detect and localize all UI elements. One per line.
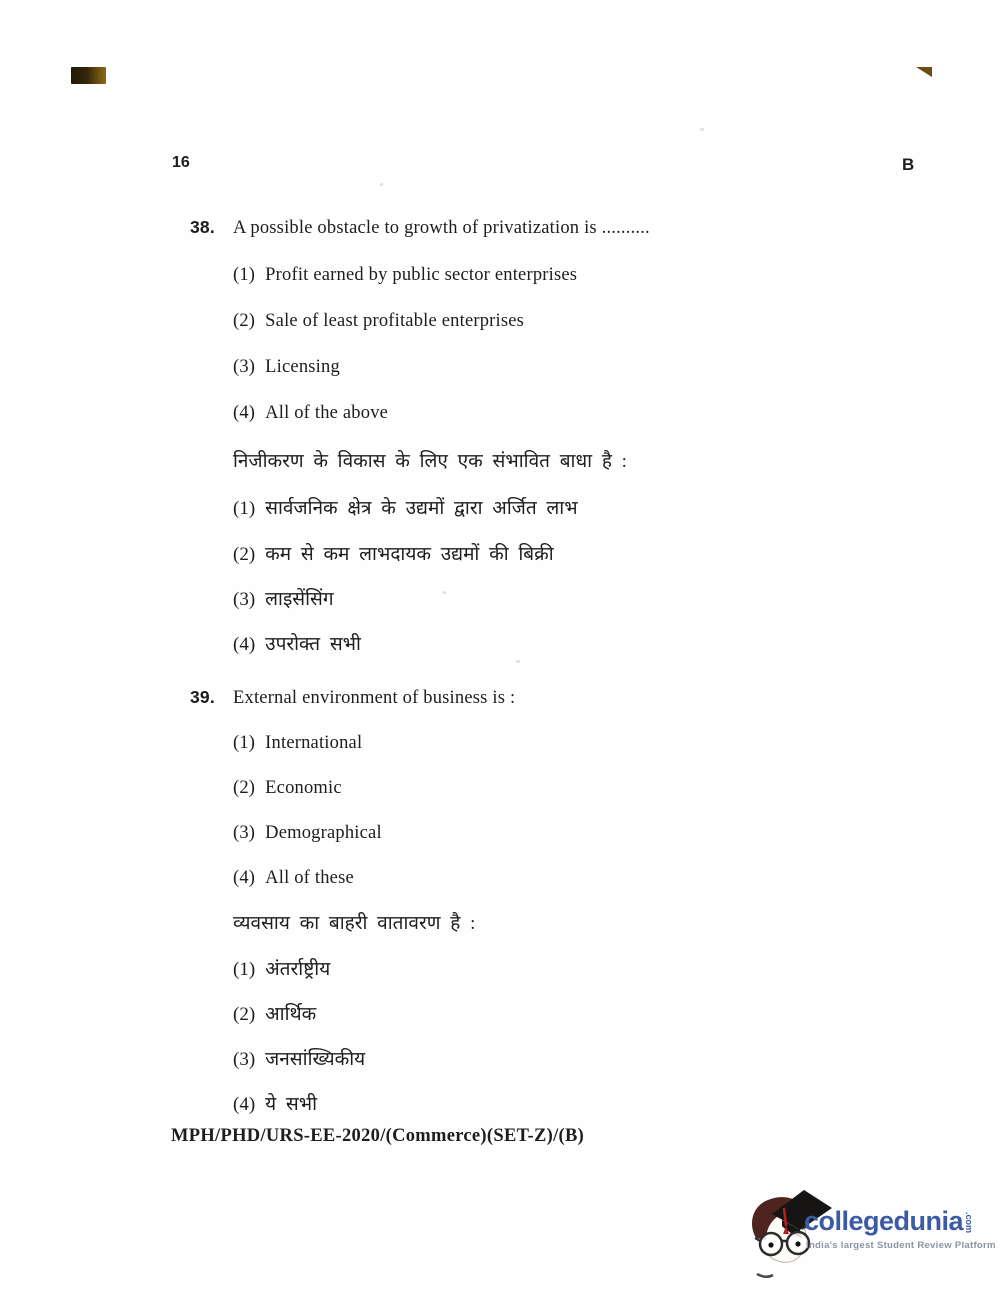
question-39-option-4-hi: (4)ये सभी: [233, 1090, 317, 1116]
scan-speck: [443, 591, 446, 594]
question-38-heading: 38.A possible obstacle to growth of priv…: [190, 217, 650, 239]
question-39-option-2-hi: (2)आर्थिक: [233, 1000, 316, 1026]
question-38-option-4-hi: (4)उपरोक्त सभी: [233, 630, 361, 656]
option-label: (3): [233, 823, 255, 844]
option-label: (2): [233, 544, 255, 566]
option-text: All of the above: [265, 403, 388, 423]
question-39-option-4-en: (4)All of these: [233, 868, 354, 889]
question-39-heading: 39.External environment of business is :: [190, 687, 515, 709]
question-39-text-en: External environment of business is :: [233, 688, 515, 708]
option-text: अंतर्राष्ट्रीय: [265, 959, 330, 980]
question-38-option-1-hi: (1)सार्वजनिक क्षेत्र के उद्यमों द्वारा अ…: [233, 494, 578, 520]
question-39-text-hi: व्यवसाय का बाहरी वातावरण है :: [233, 909, 475, 935]
question-38-option-3-en: (3)Licensing: [233, 357, 340, 378]
option-text: ये सभी: [265, 1094, 317, 1115]
collegedunia-tagline: India's largest Student Review Platform: [806, 1240, 996, 1251]
question-39-option-3-en: (3)Demographical: [233, 823, 382, 844]
collegedunia-watermark: collegedunia .com India's largest Studen…: [742, 1186, 997, 1291]
option-text: International: [265, 733, 362, 753]
option-label: (3): [233, 589, 255, 611]
option-text: लाइसेंसिंग: [265, 589, 333, 610]
question-39-option-1-hi: (1)अंतर्राष्ट्रीय: [233, 955, 330, 981]
question-38-option-2-en: (2)Sale of least profitable enterprises: [233, 311, 524, 332]
option-text: जनसांख्यिकीय: [265, 1049, 365, 1070]
question-38-option-4-en: (4)All of the above: [233, 403, 388, 424]
scan-speck: [380, 183, 383, 186]
page-number: 16: [172, 154, 190, 172]
question-38-option-2-hi: (2)कम से कम लाभदायक उद्यमों की बिक्री: [233, 540, 554, 566]
option-text: आर्थिक: [265, 1004, 316, 1025]
option-label: (3): [233, 357, 255, 378]
option-label: (1): [233, 733, 255, 754]
question-39-number: 39.: [190, 687, 233, 708]
option-label: (1): [233, 498, 255, 520]
question-39-option-2-en: (2)Economic: [233, 778, 342, 799]
scan-speck: [700, 128, 704, 131]
option-text: कम से कम लाभदायक उद्यमों की बिक्री: [265, 544, 554, 565]
option-text: Licensing: [265, 357, 340, 377]
option-text: सार्वजनिक क्षेत्र के उद्यमों द्वारा अर्ज…: [265, 498, 577, 519]
option-text: उपरोक्त सभी: [265, 634, 361, 655]
question-38-text-en: A possible obstacle to growth of privati…: [233, 218, 650, 238]
option-label: (4): [233, 1094, 255, 1116]
question-38-option-1-en: (1)Profit earned by public sector enterp…: [233, 265, 577, 286]
option-label: (2): [233, 778, 255, 799]
option-label: (4): [233, 634, 255, 656]
scan-artifact-triangle: [916, 67, 932, 77]
option-text: Sale of least profitable enterprises: [265, 311, 524, 331]
option-label: (4): [233, 868, 255, 889]
question-38-option-3-hi: (3)लाइसेंसिंग: [233, 585, 334, 611]
collegedunia-brand-text: collegedunia: [804, 1206, 963, 1237]
option-label: (2): [233, 1004, 255, 1026]
option-label: (3): [233, 1049, 255, 1071]
collegedunia-brand-suffix: .com: [964, 1212, 974, 1233]
question-39-option-3-hi: (3)जनसांख्यिकीय: [233, 1045, 365, 1071]
scan-speck: [516, 660, 520, 663]
paper-code: MPH/PHD/URS-EE-2020/(Commerce)(SET-Z)/(B…: [171, 1126, 584, 1147]
set-letter-badge: B: [902, 155, 914, 175]
option-text: Profit earned by public sector enterpris…: [265, 265, 577, 285]
option-text: All of these: [265, 868, 354, 888]
scan-artifact-rectangle: [71, 67, 106, 84]
option-label: (1): [233, 265, 255, 286]
question-39-option-1-en: (1)International: [233, 733, 362, 754]
question-38-number: 38.: [190, 217, 233, 238]
option-text: Economic: [265, 778, 342, 798]
option-label: (2): [233, 311, 255, 332]
option-text: Demographical: [265, 823, 382, 843]
question-38-text-hi: निजीकरण के विकास के लिए एक संभावित बाधा …: [233, 447, 627, 473]
option-label: (1): [233, 959, 255, 981]
option-label: (4): [233, 403, 255, 424]
